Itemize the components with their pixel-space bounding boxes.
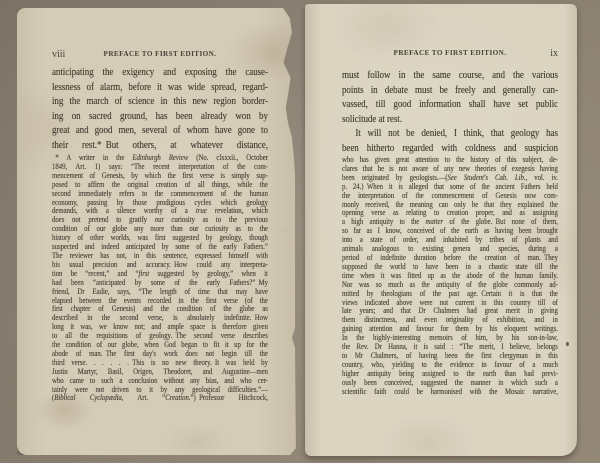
text-line: their rest.* But others, at whatever dis… bbox=[52, 138, 268, 153]
text-line: condition of our globe any more than our… bbox=[52, 225, 268, 234]
text-line: 1849, Art. 1) says: “The recent interpre… bbox=[52, 163, 268, 172]
text-line: great and good men, several of whom have… bbox=[52, 123, 268, 138]
text-line: In the highly-interesting memoirs of him… bbox=[342, 334, 558, 343]
text-line: tion be “recent,” and “first suggested b… bbox=[52, 270, 268, 279]
text-line: the interpretation of the commencement o… bbox=[342, 192, 558, 201]
text-line: * A writer in the Edinburgh Review (No. … bbox=[52, 154, 268, 163]
text-line: to Mr Chalmers, of having been the first… bbox=[342, 352, 558, 361]
text-line: p. 24.) When it is alleged that some of … bbox=[342, 183, 558, 192]
text-line: tainly were not driven to it by any geol… bbox=[52, 386, 268, 395]
text-line: been hitherto regarded with coldness and… bbox=[342, 141, 558, 156]
text-line: gaining attention and favour for them by… bbox=[342, 325, 558, 334]
book-scan-background: viii PREFACE TO FIRST EDITION. anticipat… bbox=[0, 0, 600, 463]
left-page: viii PREFACE TO FIRST EDITION. anticipat… bbox=[17, 8, 297, 455]
text-line: his usual precision and accuracy. How co… bbox=[52, 261, 268, 270]
text-line: clares that he is not aware of any new t… bbox=[342, 165, 558, 174]
text-line: lessness of alarm, before it was wide sp… bbox=[52, 80, 268, 95]
text-line: a high antiquity to the matter of the gl… bbox=[342, 218, 558, 227]
text-line: animals analogous to existing genera and… bbox=[342, 245, 558, 254]
left-page-header: viii PREFACE TO FIRST EDITION. bbox=[52, 50, 268, 62]
text-line: demands, with a silence worthy of a true… bbox=[52, 207, 268, 216]
text-line: opening verse as relating to creation pr… bbox=[342, 209, 558, 218]
text-line: the condition of our globe, when God beg… bbox=[52, 341, 268, 350]
text-line: economy, passing by those prodigious cyc… bbox=[52, 199, 268, 208]
left-footnote-text: * A writer in the Edinburgh Review (No. … bbox=[52, 154, 268, 403]
text-line: must follow in the same course, and the … bbox=[342, 68, 558, 83]
right-body-text: must follow in the same course, and the … bbox=[342, 68, 558, 156]
text-line: suspected and indeed anticipated by some… bbox=[52, 243, 268, 252]
text-line: higher antiquity being assigned to the e… bbox=[342, 370, 558, 379]
text-line: been originated by geologists.—(See Stud… bbox=[342, 174, 558, 183]
text-line: vassed, till good information shall have… bbox=[342, 97, 558, 112]
right-footnote-text: who has given great attention to the his… bbox=[342, 156, 558, 396]
text-line: Nor was so much as the antiquity of the … bbox=[342, 281, 558, 290]
text-line: long it was, we know not; and ample spac… bbox=[52, 323, 268, 332]
text-line: solicitude at rest. bbox=[342, 112, 558, 127]
text-line: to all the requisitions of geology. The … bbox=[52, 332, 268, 341]
text-line: them distinctness, and even originality … bbox=[342, 316, 558, 325]
text-line: into a state of order, and inhabited by … bbox=[342, 236, 558, 245]
text-line: ing on sacred ground, has been already w… bbox=[52, 109, 268, 124]
text-line: mitted by theologians of the past age. C… bbox=[342, 290, 558, 299]
text-line: first chapter of Genesis) and the condit… bbox=[52, 305, 268, 314]
text-line: elapsed between the events recorded in t… bbox=[52, 297, 268, 306]
text-line: period of indefinite duration before the… bbox=[342, 254, 558, 263]
text-line: third verse. . . . . . This is no new th… bbox=[52, 359, 268, 368]
text-line: supposed the world to have been in a cha… bbox=[342, 263, 558, 272]
paper-speck bbox=[566, 342, 569, 346]
right-page: PREFACE TO FIRST EDITION. ix must follow… bbox=[305, 4, 577, 456]
right-page-header: PREFACE TO FIRST EDITION. ix bbox=[342, 49, 558, 61]
running-title: PREFACE TO FIRST EDITION. bbox=[52, 50, 268, 58]
text-line: who came to such a conclusion without an… bbox=[52, 377, 268, 386]
text-line: ing the march of science in this new reg… bbox=[52, 94, 268, 109]
text-line: late years; and that Dr Chalmers had gre… bbox=[342, 307, 558, 316]
paper-scratch bbox=[283, 230, 287, 232]
text-line: described in the second verse, is absolu… bbox=[52, 314, 268, 323]
running-title: PREFACE TO FIRST EDITION. bbox=[342, 49, 558, 57]
left-body-text: anticipating the exigency and exposing t… bbox=[52, 65, 268, 153]
text-line: second immediately refers to the commenc… bbox=[52, 190, 268, 199]
text-line: It will not be denied, I think, that geo… bbox=[342, 126, 558, 141]
text-line: monly received, the meaning can only be … bbox=[342, 201, 558, 210]
text-line: time when it was fitted up as the abode … bbox=[342, 272, 558, 281]
text-line: friend, Dr Eadie, says, “The length of t… bbox=[52, 288, 268, 297]
text-line: the Rev. Dr Hanna, it is said : “The mer… bbox=[342, 343, 558, 352]
text-line: posed to affirm the original creation of… bbox=[52, 181, 268, 190]
text-line: views indicated above were not current i… bbox=[342, 299, 558, 308]
text-line: had been “anticipated by some of the ear… bbox=[52, 279, 268, 288]
text-line: country, who, yielding to the evidence i… bbox=[342, 361, 558, 370]
text-line: abode of man. The first day's work does … bbox=[52, 350, 268, 359]
text-line: anticipating the exigency and exposing t… bbox=[52, 65, 268, 80]
page-number: ix bbox=[550, 48, 558, 59]
text-line: (Biblical Cyclopædia, Art. “Creation.”) … bbox=[52, 394, 268, 403]
text-line: The reviewer has not, in this sentence, … bbox=[52, 252, 268, 261]
text-line: scientific faith could be harmonised wit… bbox=[342, 388, 558, 397]
text-line: Justin Martyr, Basil, Origen, Theodoret,… bbox=[52, 368, 268, 377]
text-line: points in debate must be freely and gene… bbox=[342, 83, 558, 98]
text-line: history of other worlds, was first sugge… bbox=[52, 234, 268, 243]
text-line: does not pretend to gratify our curiosit… bbox=[52, 216, 268, 225]
text-line: who has given great attention to the his… bbox=[342, 156, 558, 165]
text-line: mencement of Genesis, by which the first… bbox=[52, 172, 268, 181]
text-line: ously been conceived, suggested the mann… bbox=[342, 379, 558, 388]
text-line: so far as I know, conceived of the earth… bbox=[342, 227, 558, 236]
